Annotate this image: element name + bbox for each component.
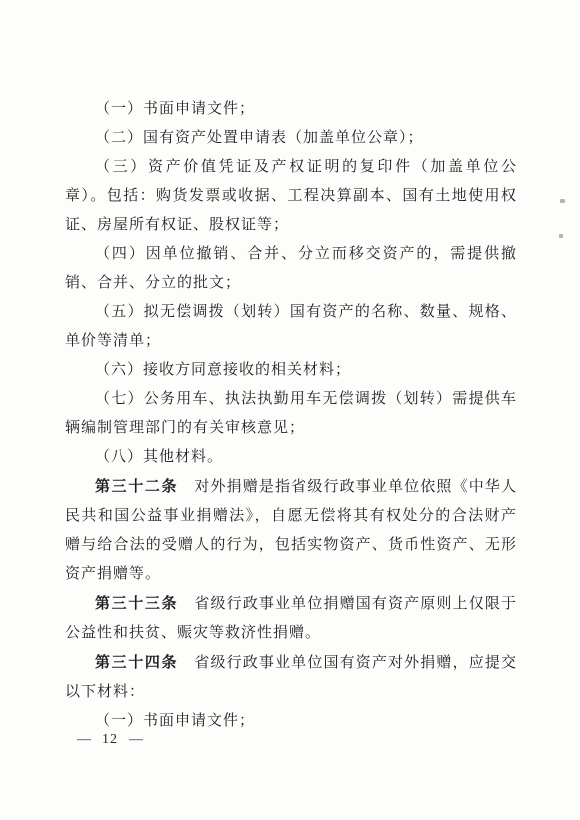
article-number: 第三十二条 <box>95 478 178 495</box>
article-number: 第三十三条 <box>95 595 178 612</box>
document-page: （一）书面申请文件；（二）国有资产处置申请表（加盖单位公章）；（三）资产价值凭证… <box>0 0 580 820</box>
footer-dash-right: — <box>129 732 143 747</box>
footer-dash-left: — <box>77 732 91 747</box>
paragraph: （一）书面申请文件； <box>65 95 517 124</box>
paragraph: （三）资产价值凭证及产权证明的复印件（加盖单位公章）。包括：购货发票或收据、工程… <box>65 153 517 240</box>
paragraph: 第三十四条 省级行政事业单位国有资产对外捐赠，应提交以下材料： <box>65 648 517 707</box>
paragraph: （七）公务用车、执法执勤用车无偿调拨（划转）需提供车辆编制管理部门的有关审核意见… <box>65 385 517 443</box>
paragraph: 第三十三条 省级行政事业单位捐赠国有资产原则上仅限于公益性和扶贫、赈灾等救济性捐… <box>65 589 517 648</box>
paragraph: （五）拟无偿调拨（划转）国有资产的名称、数量、规格、单价等清单； <box>65 298 517 356</box>
scan-speck <box>560 199 565 203</box>
page-number: 12 <box>102 732 118 747</box>
paragraph: （二）国有资产处置申请表（加盖单位公章）； <box>65 124 517 153</box>
page-footer: —12— <box>77 730 143 750</box>
paragraph: 第三十二条 对外捐赠是指省级行政事业单位依照《中华人民共和国公益事业捐赠法》，自… <box>65 472 517 589</box>
paragraph: （四）因单位撤销、合并、分立而移交资产的，需提供撤销、合并、分立的批文； <box>65 240 517 298</box>
article-number: 第三十四条 <box>95 654 178 671</box>
paragraph: （六）接收方同意接收的相关材料； <box>65 356 517 385</box>
paragraph: （八）其他材料。 <box>65 443 517 472</box>
document-body: （一）书面申请文件；（二）国有资产处置申请表（加盖单位公章）；（三）资产价值凭证… <box>65 95 517 736</box>
scan-speck <box>559 234 563 238</box>
